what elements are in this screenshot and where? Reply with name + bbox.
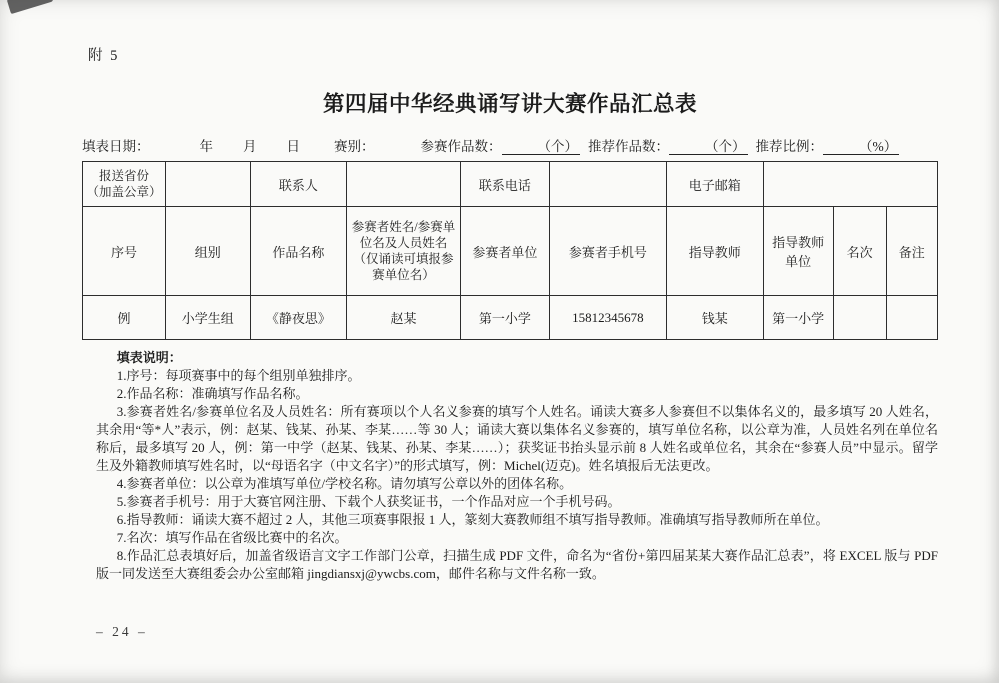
- col-header-index: 序号: [83, 207, 166, 296]
- example-cell-participant-names: 赵某: [347, 296, 461, 340]
- page-number: – 24 –: [96, 624, 148, 640]
- example-cell-advisor-org: 第一小学: [763, 296, 833, 340]
- example-cell-index: 例: [83, 296, 166, 340]
- col-header-participant-phone: 参赛者手机号: [549, 207, 666, 296]
- col-header-work-title: 作品名称: [250, 207, 347, 296]
- recommend-ratio-label: 推荐比例：: [756, 135, 824, 155]
- col-header-participant-org: 参赛者单位: [460, 207, 549, 296]
- example-cell-remarks: [886, 296, 937, 340]
- entry-count-blank: （个）: [502, 139, 581, 155]
- instruction-item-3: 3.参赛者姓名/参赛单位名及人员姓名：所有赛项以个人名义参赛的填写个人姓名。诵读…: [96, 403, 938, 475]
- entry-count-unit: （个）: [538, 139, 579, 154]
- example-cell-participant-org: 第一小学: [460, 296, 549, 340]
- col-header-participant-names: 参赛者姓名/参赛单位名及人员姓名（仅诵读可填报参赛单位名）: [347, 207, 461, 296]
- phone-value-cell: [549, 162, 666, 207]
- form-meta-line: 填表日期：年月日赛别：参赛作品数：（个）推荐作品数：（个）推荐比例：（%）: [82, 135, 938, 155]
- instructions-section: 填表说明： 1.序号：每项赛事中的每个组别单独排序。 2.作品名称：准确填写作品…: [82, 349, 938, 583]
- instruction-item-8: 8.作品汇总表填好后，加盖省级语言文字工作部门公章，扫描生成 PDF 文件，命名…: [96, 547, 938, 583]
- page-title: 第四届中华经典诵写讲大赛作品汇总表: [82, 87, 938, 118]
- instruction-item-2: 2.作品名称：准确填写作品名称。: [96, 385, 938, 403]
- fill-date-label: 填表日期：: [82, 135, 150, 155]
- recommend-count-label: 推荐作品数：: [588, 135, 669, 155]
- table-header-row: 序号 组别 作品名称 参赛者姓名/参赛单位名及人员姓名（仅诵读可填报参赛单位名）…: [83, 207, 938, 296]
- example-cell-work-title: 《静夜思》: [250, 296, 347, 340]
- category-label: 赛别：: [334, 135, 375, 155]
- attachment-label: 附 5: [88, 44, 938, 65]
- email-label-cell: 电子邮箱: [666, 162, 763, 207]
- example-cell-advisor: 钱某: [666, 296, 763, 340]
- col-header-advisor: 指导教师: [666, 207, 763, 296]
- example-cell-rank: [833, 296, 886, 340]
- summary-table: 报送省份 （加盖公章） 联系人 联系电话 电子邮箱 序号 组别 作品名称 参赛者…: [82, 161, 938, 340]
- recommend-count-unit: （个）: [705, 139, 746, 154]
- year-label: 年: [200, 135, 214, 155]
- example-cell-participant-phone: 15812345678: [549, 296, 666, 340]
- recommend-count-blank: （个）: [669, 139, 748, 155]
- day-label: 日: [287, 135, 301, 155]
- recommend-ratio-blank: （%）: [823, 139, 899, 155]
- scan-corner-artifact: [7, 0, 53, 14]
- instruction-item-7: 7.名次：填写作品在省级比赛中的名次。: [96, 529, 938, 547]
- instructions-heading: 填表说明：: [96, 349, 938, 367]
- month-label: 月: [243, 135, 257, 155]
- instruction-item-4: 4.参赛者单位：以公章为准填写单位/学校名称。请勿填写公章以外的团体名称。: [96, 475, 938, 493]
- example-cell-group: 小学生组: [165, 296, 250, 340]
- contact-label-cell: 联系人: [250, 162, 347, 207]
- page-content: 附 5 第四届中华经典诵写讲大赛作品汇总表 填表日期：年月日赛别：参赛作品数：（…: [82, 0, 938, 583]
- email-value-cell: [763, 162, 937, 207]
- col-header-remarks: 备注: [886, 207, 937, 296]
- instruction-item-1: 1.序号：每项赛事中的每个组别单独排序。: [96, 367, 938, 385]
- col-header-group: 组别: [165, 207, 250, 296]
- table-example-row: 例 小学生组 《静夜思》 赵某 第一小学 15812345678 钱某 第一小学: [83, 296, 938, 340]
- document-page: 附 5 第四届中华经典诵写讲大赛作品汇总表 填表日期：年月日赛别：参赛作品数：（…: [0, 0, 999, 683]
- col-header-rank: 名次: [833, 207, 886, 296]
- province-label-cell: 报送省份 （加盖公章）: [83, 162, 166, 207]
- province-value-cell: [165, 162, 250, 207]
- col-header-advisor-org: 指导教师单位: [763, 207, 833, 296]
- entry-count-label: 参赛作品数：: [421, 135, 502, 155]
- table-info-row: 报送省份 （加盖公章） 联系人 联系电话 电子邮箱: [83, 162, 938, 207]
- recommend-ratio-unit: （%）: [859, 139, 897, 154]
- instruction-item-5: 5.参赛者手机号：用于大赛官网注册、下载个人获奖证书，一个作品对应一个手机号码。: [96, 493, 938, 511]
- phone-label-cell: 联系电话: [460, 162, 549, 207]
- contact-value-cell: [347, 162, 461, 207]
- instruction-item-6: 6.指导教师：诵读大赛不超过 2 人，其他三项赛事限报 1 人，篆刻大赛教师组不…: [96, 511, 938, 529]
